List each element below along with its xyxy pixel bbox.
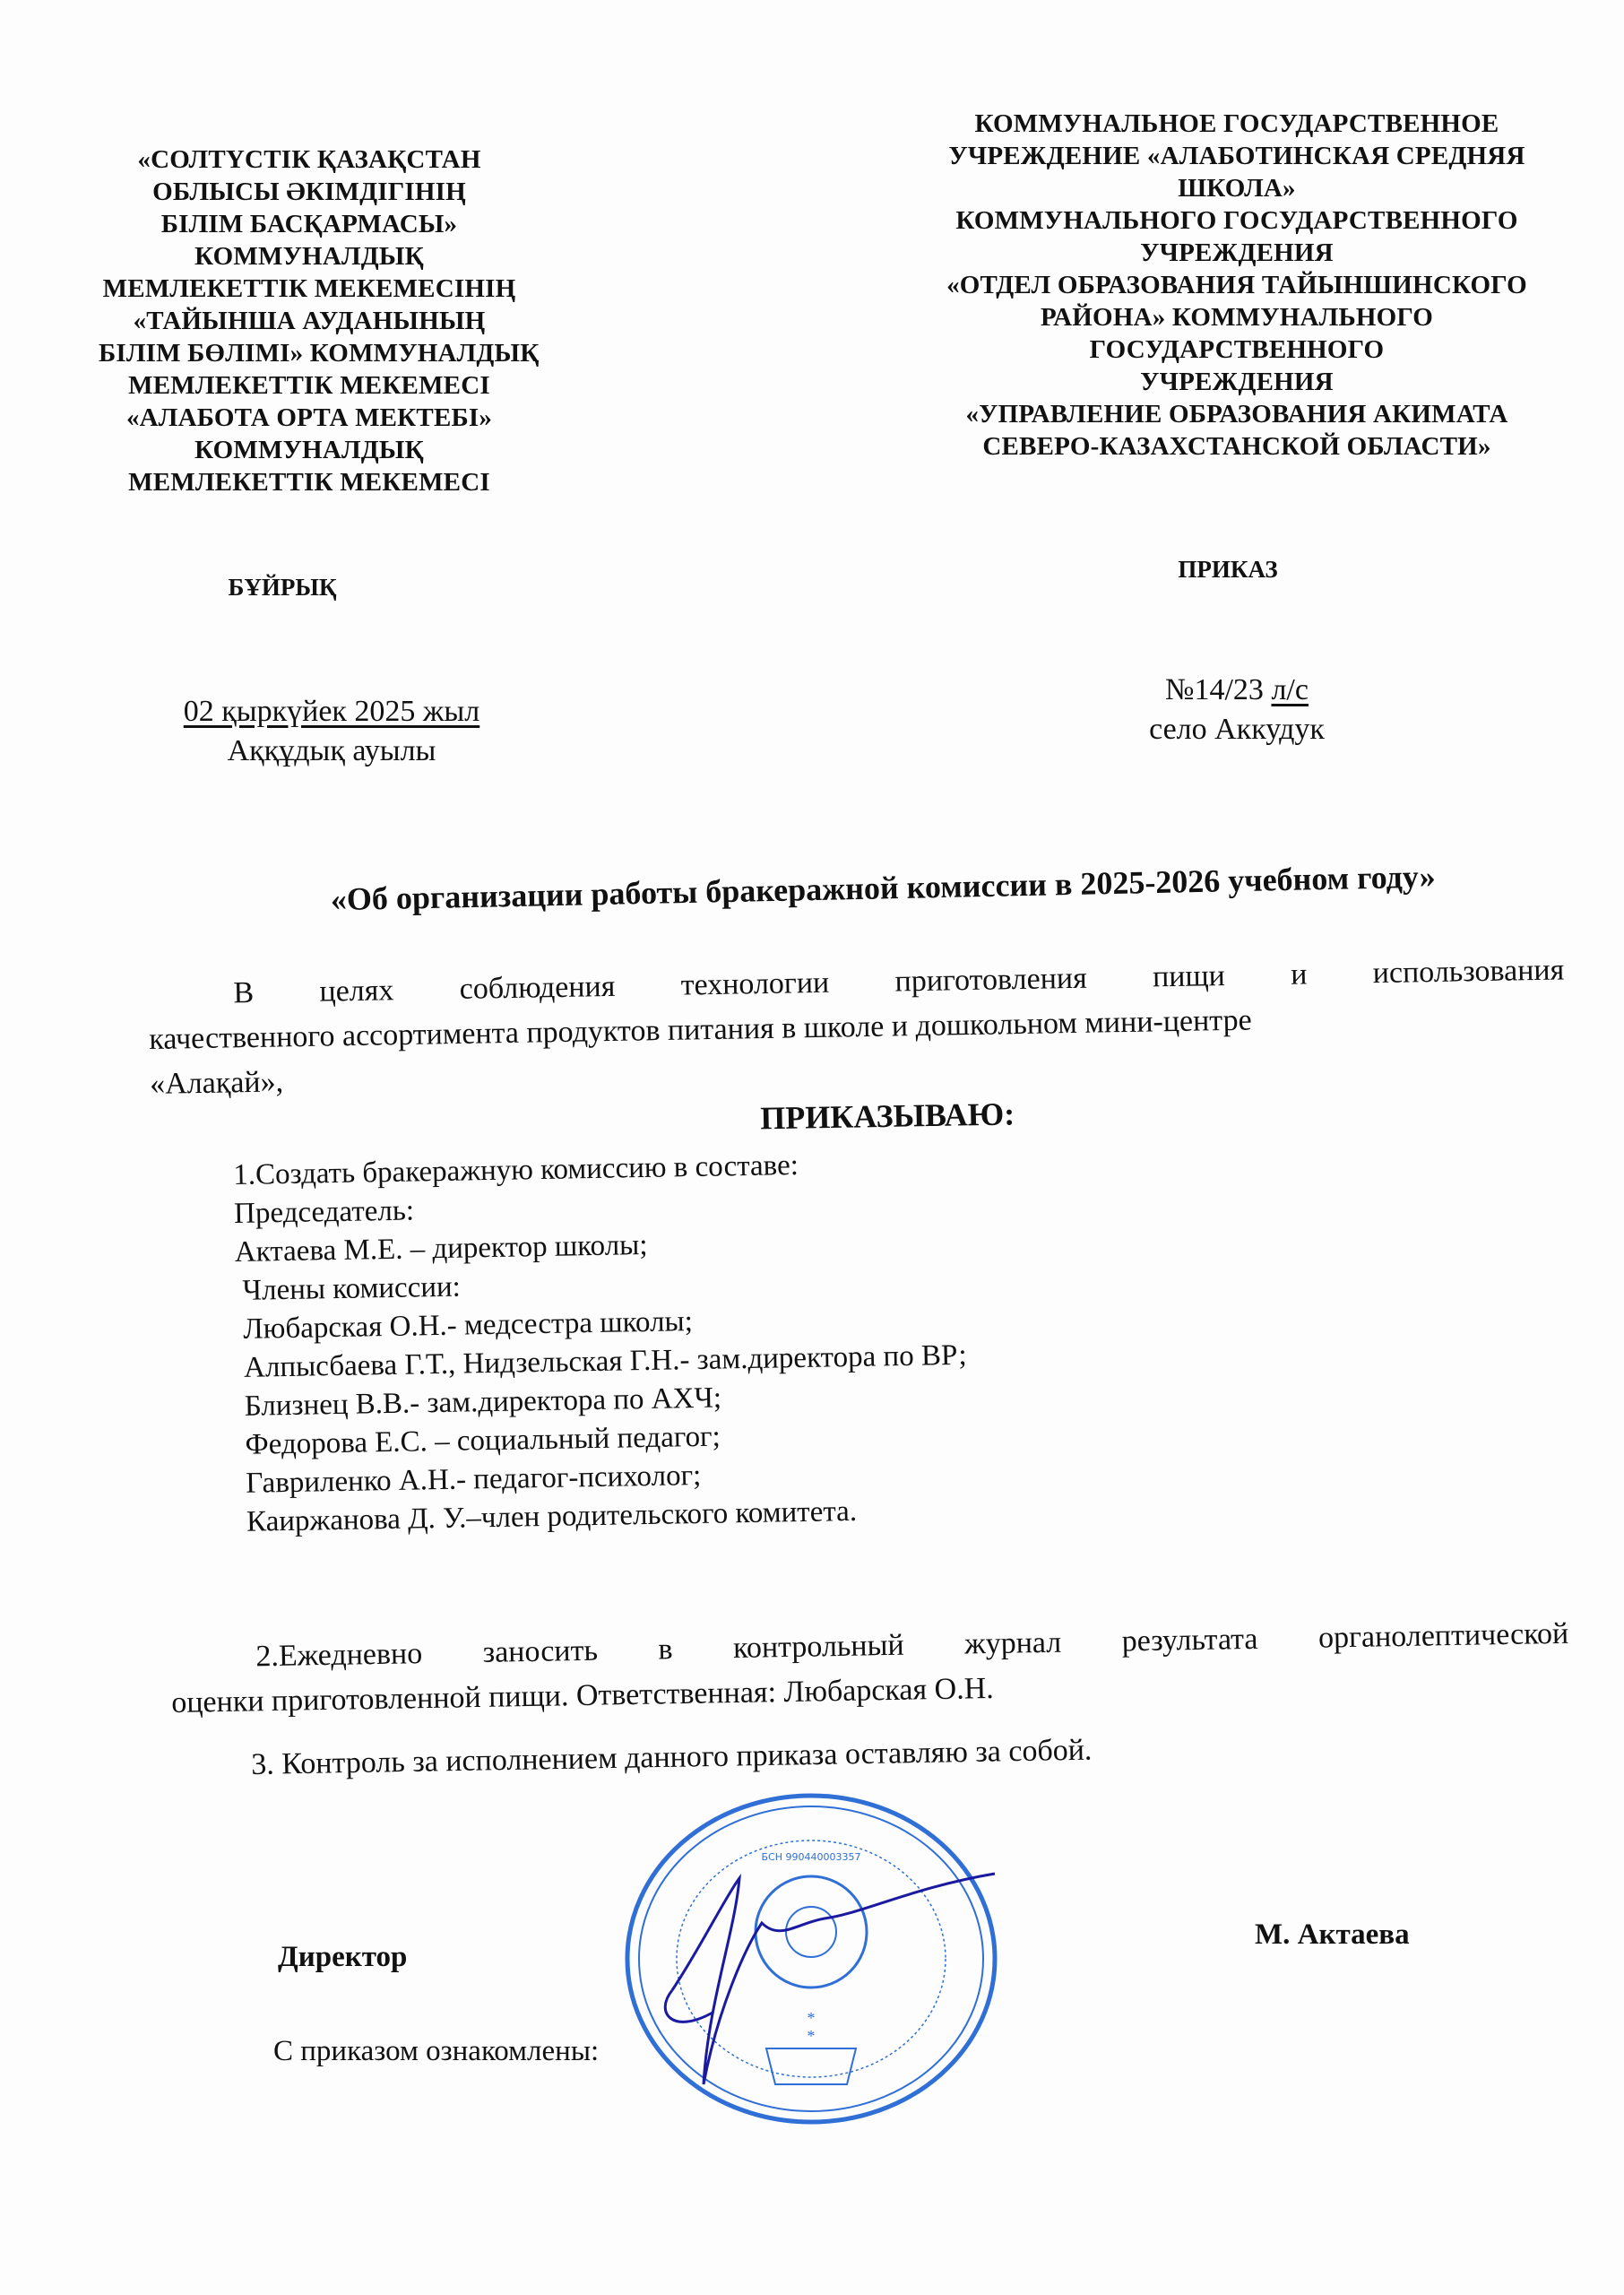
header-line: ГОСУДАРСТВЕННОГО [905, 333, 1568, 366]
header-line: УЧРЕЖДЕНИЯ [905, 237, 1568, 269]
header-line: КОММУНАЛЬНОГО ГОСУДАРСТВЕННОГО [905, 204, 1568, 237]
header-line: «УПРАВЛЕНИЕ ОБРАЗОВАНИЯ АКИМАТА [905, 398, 1568, 430]
svg-text:*: * [808, 2027, 816, 2045]
commission-list: 1.Создать бракеражную комиссию в составе… [233, 1144, 970, 1542]
header-line: МЕМЛЕКЕТТІК МЕКЕМЕСІ [99, 466, 520, 498]
document-page: «СОЛТҮСТІК ҚАЗАҚСТАН ОБЛЫСЫ ӘКІМДІГІНІҢ … [0, 0, 1624, 2295]
official-stamp-icon: * * БСН 990440003357 [618, 1788, 1004, 2129]
header-line: КОММУНАЛДЫҚ [99, 434, 520, 466]
order-title: «Об организации работы бракеражной комис… [215, 855, 1551, 921]
signer-name: М. Актаева [1255, 1918, 1410, 1952]
header-line: УЧРЕЖДЕНИЕ «АЛАБОТИНСКАЯ СРЕДНЯЯ [905, 140, 1568, 172]
order-number-value: №14/23 [1165, 673, 1271, 706]
svg-text:БСН 990440003357: БСН 990440003357 [762, 1851, 861, 1863]
header-line: ОБЛЫСЫ ӘКІМДІГІНІҢ [99, 176, 520, 208]
order-number: №14/23 л/с [1075, 671, 1398, 710]
header-line: КОММУНАЛДЫҚ [99, 240, 520, 273]
meta-russian: №14/23 л/с село Аккудук [1075, 671, 1398, 749]
svg-text:*: * [808, 2009, 816, 2027]
header-line: МЕМЛЕКЕТТІК МЕКЕМЕСІ [99, 369, 520, 402]
header-line: «СОЛТҮСТІК ҚАЗАҚСТАН [99, 143, 520, 176]
header-line: СЕВЕРО-КАЗАХСТАНСКОЙ ОБЛАСТИ» [905, 430, 1568, 463]
header-russian: КОММУНАЛЬНОЕ ГОСУДАРСТВЕННОЕ УЧРЕЖДЕНИЕ … [905, 108, 1568, 463]
acknowledgement-label: С приказом ознакомлены: [273, 2035, 599, 2068]
header-line: КОММУНАЛЬНОЕ ГОСУДАРСТВЕННОЕ [905, 108, 1568, 140]
meta-kazakh: 02 қыркүйек 2025 жыл Аққұдық ауылы [108, 692, 556, 771]
header-line: БІЛІМ БӨЛІМІ» КОММУНАЛДЫҚ [99, 337, 520, 369]
order-place-kz: Аққұдық ауылы [108, 732, 556, 771]
header-line: МЕМЛЕКЕТТІК МЕКЕМЕСІНІҢ [99, 273, 520, 305]
item-2: 2.Ежедневно заносить в контрольный журна… [170, 1612, 1570, 1726]
doc-type-russian: ПРИКАЗ [1138, 556, 1317, 584]
header-kazakh: «СОЛТҮСТІК ҚАЗАҚСТАН ОБЛЫСЫ ӘКІМДІГІНІҢ … [99, 143, 520, 498]
doc-type-kazakh: БҰЙРЫҚ [179, 574, 385, 602]
header-line: УЧРЕЖДЕНИЯ [905, 366, 1568, 398]
header-line: «ОТДЕЛ ОБРАЗОВАНИЯ ТАЙЫНШИНСКОГО [905, 269, 1568, 301]
signer-title: Директор [278, 1941, 407, 1974]
header-line: «АЛАБОТА ОРТА МЕКТЕБІ» [99, 402, 520, 434]
header-line: БІЛІМ БАСҚАРМАСЫ» [99, 208, 520, 240]
header-line: ШКОЛА» [905, 172, 1568, 204]
header-line: «ТАЙЫНША АУДАНЫНЫҢ [99, 305, 520, 337]
order-number-suffix: л/с [1271, 673, 1309, 706]
order-date: 02 қыркүйек 2025 жыл [108, 692, 556, 732]
intro-paragraph: В целях соблюдения технологии приготовле… [148, 948, 1566, 1107]
item-3: 3. Контроль за исполнением данного прика… [251, 1734, 1093, 1782]
order-place-ru: село Аккудук [1075, 710, 1398, 749]
header-line: РАЙОНА» КОММУНАЛЬНОГО [905, 301, 1568, 333]
